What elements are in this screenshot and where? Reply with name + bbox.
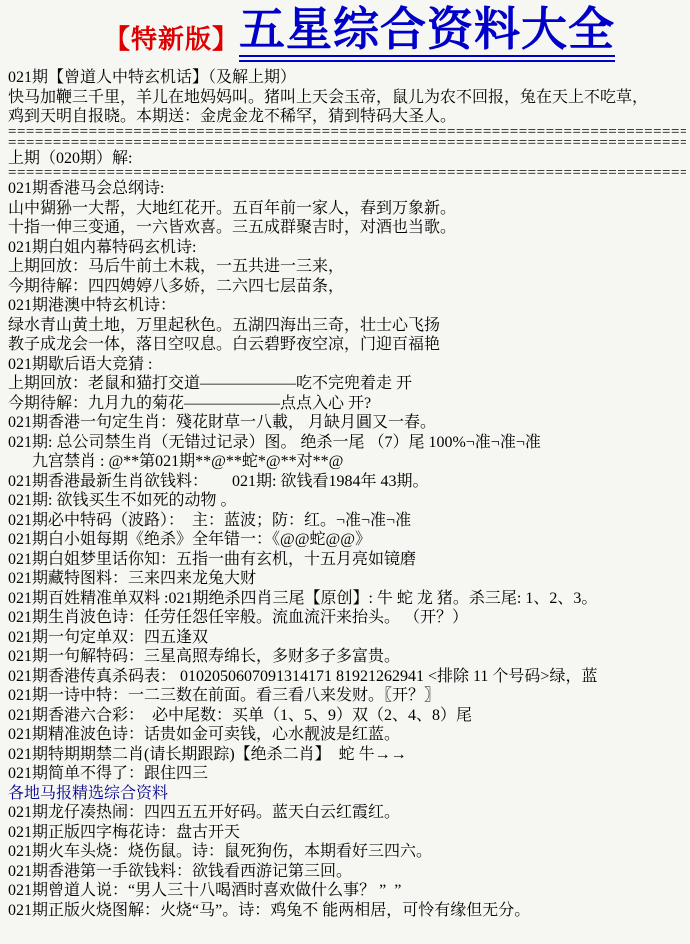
text-line: 021期正版四字梅花诗：盘古开天 (8, 823, 686, 843)
text-line: 上期回放：老鼠和猫打交道——————吃不完兜着走 开 (8, 374, 686, 394)
text-line: 021期港澳中特玄机诗： (8, 296, 686, 316)
text-line: 021期火车头烧：烧伤鼠。诗：鼠死狗伤，本期看好三四六。 (8, 842, 686, 862)
edition-badge: 【特新版】 (104, 27, 239, 53)
text-line: 021期香港马会总纲诗: (8, 179, 686, 199)
text-line: 021期白姐内幕特码玄机诗: (8, 238, 686, 258)
text-line: 021期一句定单双：四五逢双 (8, 628, 686, 648)
text-line: 021期【曾道人中特玄机话】（及解上期） (8, 68, 686, 88)
separator-line: ========================================… (8, 138, 686, 149)
text-line: 教子成龙会一体，落日空叹息。白云碧野夜空凉，门迎百福艳 (8, 335, 686, 355)
text-line: 021期歇后语大竞猜 : (8, 355, 686, 375)
text-line: 021期藏特图料：三来四来龙兔大财 (8, 569, 686, 589)
text-line: 021期生肖波色诗：任劳任怨任宰般。流血流汗来抬头。 （开？） (8, 608, 686, 628)
text-line: 今期待解：九月九的菊花——————点点入心 开? (8, 394, 686, 414)
text-line: 九宫禁肖 : @**第021期**@**蛇*@**对**@ (8, 452, 686, 472)
section-heading: 各地马报精选综合资料 (8, 784, 686, 804)
text-line: 今期待解：四四娉婷八多娇，二六四七层苗条， (8, 277, 686, 297)
text-line: 021期香港一句定生肖：殘花財草一八載， 月缺月圓又一春。 (8, 413, 686, 433)
text-line: 021期龙仔凑热闹：四四五五开好码。蓝天白云红霞红。 (8, 803, 686, 823)
text-line: 021期: 欲钱买生不如死的动物 。 (8, 491, 686, 511)
text-line: 021期曾道人说：“男人三十八喝酒时喜欢做什么事？ ” ” (8, 881, 686, 901)
text-line: 021期白小姐每期《绝杀》全年错一：《@@蛇@@》 (8, 530, 686, 550)
text-line: 上期（020期）解: (8, 149, 686, 169)
text-line: 021期简单不得了：跟住四三 (8, 764, 686, 784)
text-line: 快马加鞭三千里，羊儿在地妈妈叫。猪叫上天会玉帝，鼠儿为农不回报，兔在天上不吃草， (8, 88, 686, 108)
text-line: 山中猢狲一大帮，大地红花开。五百年前一家人，春到万象新。 (8, 199, 686, 219)
title-block: 【特新版】 五星综合资料大全 (0, 0, 690, 64)
text-line: 021期: 总公司禁生肖（无错过记录）图。 绝杀一尾 （7）尾 100%¬准¬准… (8, 433, 686, 453)
text-line: 021期百姓精准单双料 :021期绝杀四肖三尾【原创】: 牛 蛇 龙 猪。杀三尾… (8, 589, 686, 609)
text-line: 021期正版火烧图解：火烧“马”。诗：鸡兔不 能两相居，可怜有缘但无分。 (8, 901, 686, 921)
text-line: 鸡到天明自报晓。本期送：金虎金龙不稀罕，猜到特码大圣人。 (8, 107, 686, 127)
content-lines: 021期【曾道人中特玄机话】（及解上期）快马加鞭三千里，羊儿在地妈妈叫。猪叫上天… (0, 64, 690, 920)
text-line: 021期白姐梦里话你知：五指一曲有玄机，十五月亮如镜磨 (8, 550, 686, 570)
text-line: 021期特期期禁二肖(请长期跟踪)【绝杀二肖】 蛇 牛→→ (8, 745, 686, 765)
page-title: 五星综合资料大全 (239, 6, 615, 62)
text-line: 十指一伸三变通，一六皆欢喜。三五成群聚吉时，对酒也当歌。 (8, 218, 686, 238)
separator-line: ========================================… (8, 127, 686, 138)
text-line: 021期香港最新生肖欲钱料： 021期: 欲钱看1984年 43期。 (8, 472, 686, 492)
text-line: 021期香港六合彩： 必中尾数：买单（1、5、9）双（2、4、8）尾 (8, 706, 686, 726)
text-line: 021期香港传真杀码表： 0102050607091314171 8192126… (8, 667, 686, 687)
text-line: 021期精准波色诗：话贵如金可卖钱，心水靓波是红蓝。 (8, 725, 686, 745)
text-line: 021期一诗中特：一二三数在前面。看三看八来发财。〖开？〗 (8, 686, 686, 706)
text-line: 021期必中特码（波路）： 主：蓝波；防：红。¬准¬准¬准 (8, 511, 686, 531)
text-line: 上期回放：马后牛前土木栽，一五共进一三来， (8, 257, 686, 277)
separator-line: ========================================… (8, 168, 686, 179)
page: 【特新版】 五星综合资料大全 021期【曾道人中特玄机话】（及解上期）快马加鞭三… (0, 0, 690, 944)
text-line: 绿水青山黄土地，万里起秋色。五湖四海出三奇，壮士心飞扬 (8, 316, 686, 336)
text-line: 021期一句解特码：三星高照寿绵长，多财多子多富贵。 (8, 647, 686, 667)
text-line: 021期香港第一手欲钱料：欲钱看西游记第三回。 (8, 862, 686, 882)
